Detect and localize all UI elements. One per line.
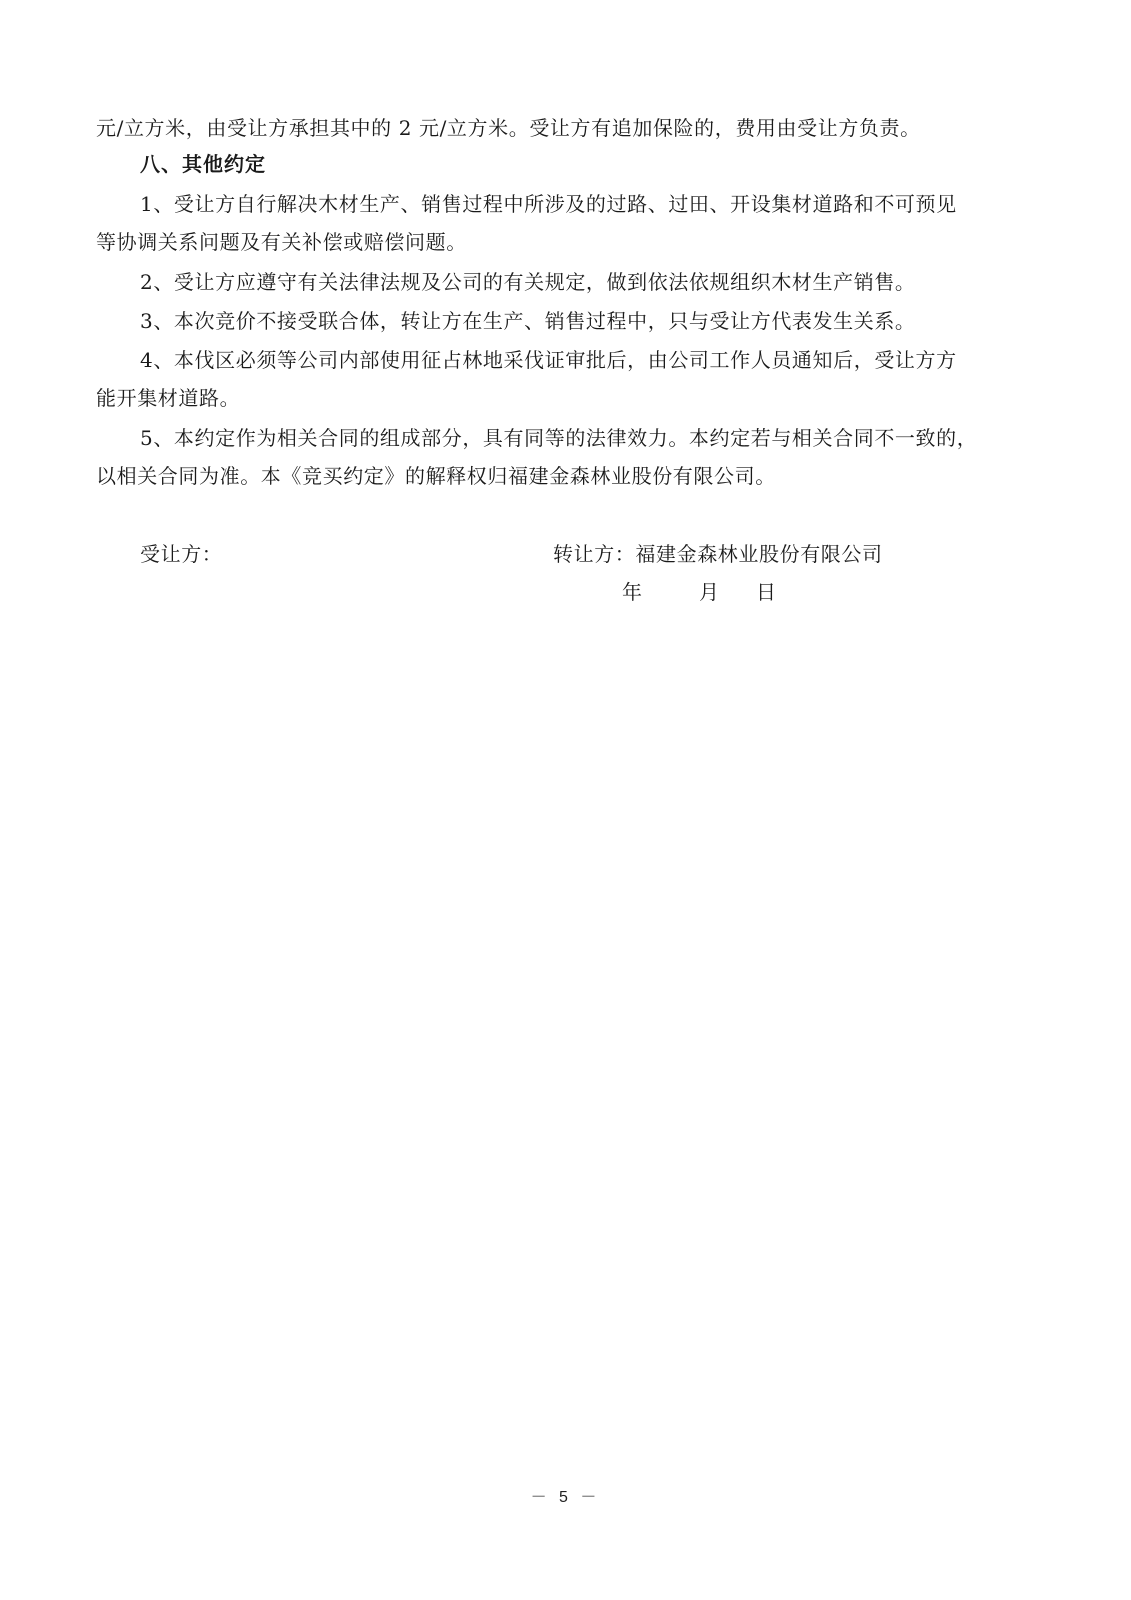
page-number: － 5 － xyxy=(0,1484,1131,1507)
item-4-line-2: 能开集材道路。 xyxy=(96,386,240,410)
item-5-line-2: 以相关合同为准。本《竞买约定》的解释权归福建金森林业股份有限公司。 xyxy=(96,464,776,488)
date-month: 月 xyxy=(699,580,720,604)
item-1-line-2: 等协调关系问题及有关补偿或赔偿问题。 xyxy=(96,230,467,254)
item-5-line-1: 5、本约定作为相关合同的组成部分，具有同等的法律效力。本约定若与相关合同不一致的… xyxy=(140,426,977,450)
document-page: 元/立方米，由受让方承担其中的 2 元/立方米。受让方有追加保险的，费用由受让方… xyxy=(0,0,1131,1600)
item-3-line-1: 3、本次竞价不接受联合体，转让方在生产、销售过程中，只与受让方代表发生关系。 xyxy=(140,309,916,333)
date-day: 日 xyxy=(756,580,777,604)
item-2-line-1: 2、受让方应遵守有关法律法规及公司的有关规定，做到依法依规组织木材生产销售。 xyxy=(140,270,916,294)
item-4-line-1: 4、本伐区必须等公司内部使用征占林地采伐证审批后，由公司工作人员通知后，受让方方 xyxy=(140,348,957,372)
transferor-signature-label: 转让方：福建金森林业股份有限公司 xyxy=(553,542,883,566)
transferee-signature-label: 受让方： xyxy=(140,542,222,566)
item-1-line-1: 1、受让方自行解决木材生产、销售过程中所涉及的过路、过田、开设集材道路和不可预见 xyxy=(140,192,957,216)
section-heading: 八、其他约定 xyxy=(140,152,266,176)
date-year: 年 xyxy=(622,580,643,604)
continuation-line: 元/立方米，由受让方承担其中的 2 元/立方米。受让方有追加保险的，费用由受让方… xyxy=(96,116,921,140)
